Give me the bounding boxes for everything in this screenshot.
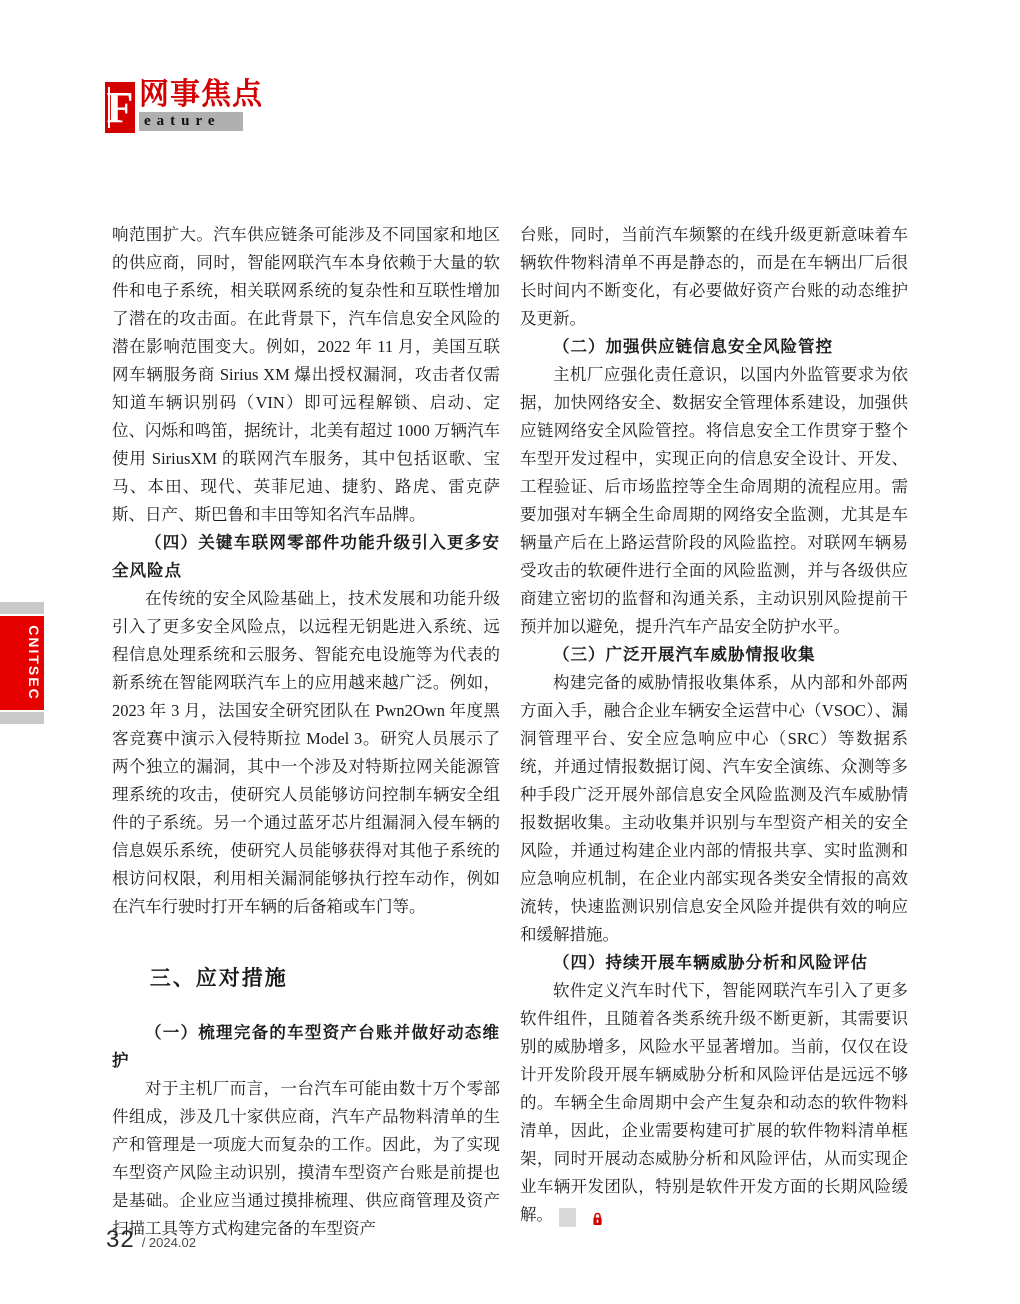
paragraph: 在传统的安全风险基础上，技术发展和功能升级引入了更多安全风险点，以远程无钥匙进入… (112, 585, 500, 921)
edge-tab-top-bar (0, 602, 44, 614)
section-heading: 三、应对措施 (112, 965, 500, 993)
paragraph: 响范围扩大。汽车供应链条可能涉及不同国家和地区的供应商，同时，智能网联汽车本身依… (112, 221, 500, 529)
edge-tab-label: CNITSEC (27, 625, 41, 700)
paragraph: 软件定义汽车时代下，智能网联汽车引入了更多软件组件，且随着各类系统升级不断更新，… (520, 977, 908, 1229)
feature-logo: F 网事焦点 eature (105, 81, 345, 135)
magazine-page: F 网事焦点 eature CNITSEC 响范围扩大。汽车供应链条可能涉及不同… (0, 0, 1020, 1304)
page-footer: 32/ 2024.02 (106, 1226, 196, 1254)
logo-f-box: F (105, 82, 135, 133)
end-of-article-icon (559, 1208, 576, 1227)
right-column: 台账，同时，当前汽车频繁的在线升级更新意味着车辆软件物料清单不再是静态的，而是在… (520, 221, 908, 1243)
subsection-heading: （一）梳理完备的车型资产台账并做好动态维护 (112, 1019, 500, 1075)
logo-f-letter: F (107, 86, 134, 130)
subsection-heading: （三）广泛开展汽车威胁情报收集 (520, 641, 908, 669)
paragraph: 主机厂应强化责任意识，以国内外监管要求为依据，加快网络安全、数据安全管理体系建设… (520, 361, 908, 641)
left-column: 响范围扩大。汽车供应链条可能涉及不同国家和地区的供应商，同时，智能网联汽车本身依… (112, 221, 500, 1243)
paragraph-text: 软件定义汽车时代下，智能网联汽车引入了更多软件组件，且随着各类系统升级不断更新，… (520, 981, 908, 1224)
edge-tab-bottom-bar (0, 712, 44, 724)
edge-tab-red-bar: CNITSEC (0, 616, 44, 710)
paragraph: 台账，同时，当前汽车频繁的在线升级更新意味着车辆软件物料清单不再是静态的，而是在… (520, 221, 908, 333)
article-body: 响范围扩大。汽车供应链条可能涉及不同国家和地区的供应商，同时，智能网联汽车本身依… (112, 221, 908, 1243)
paragraph: 对于主机厂而言，一台汽车可能由数十万个零部件组成，涉及几十家供应商，汽车产品物料… (112, 1075, 500, 1243)
issue-label: / 2024.02 (142, 1235, 196, 1250)
edge-tab: CNITSEC (0, 602, 44, 724)
section-title: 网事焦点 (139, 79, 263, 111)
subsection-heading: （二）加强供应链信息安全风险管控 (520, 333, 908, 361)
page-number: 32 (106, 1226, 135, 1253)
paragraph: 构建完备的威胁情报收集体系，从内部和外部两方面入手，融合企业车辆安全运营中心（V… (520, 669, 908, 949)
logo-subtitle: eature (139, 114, 221, 129)
subsection-heading: （四）持续开展车辆威胁分析和风险评估 (520, 949, 908, 977)
logo-subtitle-bar: eature (139, 112, 243, 131)
subsection-heading: （四）关键车联网零部件功能升级引入更多安全风险点 (112, 529, 500, 585)
